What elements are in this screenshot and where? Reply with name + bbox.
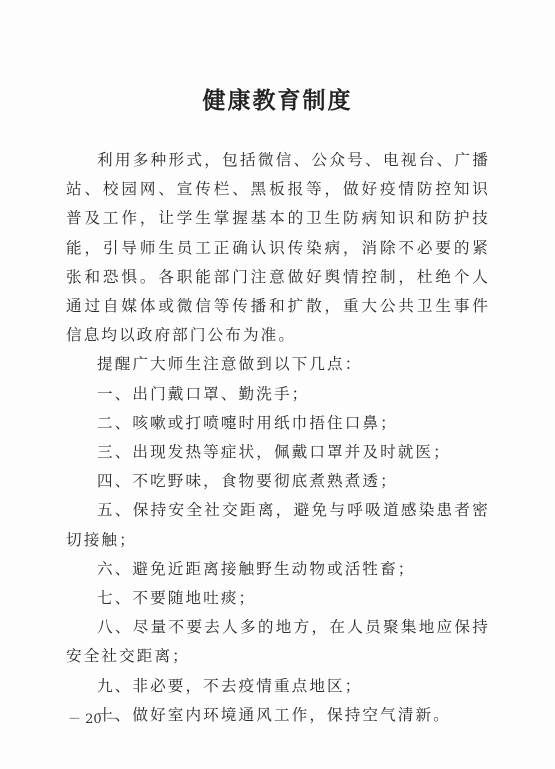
list-item: 二、咳嗽或打喷嚏时用纸巾捂住口鼻；	[66, 409, 490, 438]
page-number: － 20 －	[68, 708, 119, 727]
list-item: 一、出门戴口罩、勤洗手；	[66, 380, 490, 409]
list-item: 五、保持安全社交距离，避免与呼吸道感染患者密切接触；	[66, 496, 490, 554]
list-item: 七、不要随地吐痰；	[66, 584, 490, 613]
list-item: 十、做好室内环境通风工作，保持空气清新。	[66, 701, 490, 730]
list-item: 八、尽量不要去人多的地方，在人员聚集地应保持安全社交距离；	[66, 613, 490, 671]
list-item: 九、非必要，不去疫情重点地区；	[66, 672, 490, 701]
document-body: 利用多种形式，包括微信、公众号、电视台、广播站、校园网、宣传栏、黑板报等，做好疫…	[66, 146, 490, 730]
document-page: 健康教育制度 利用多种形式，包括微信、公众号、电视台、广播站、校园网、宣传栏、黑…	[0, 0, 555, 769]
reminder-heading: 提醒广大师生注意做到以下几点：	[66, 350, 490, 379]
list-item: 三、出现发热等症状，佩戴口罩并及时就医；	[66, 438, 490, 467]
intro-paragraph: 利用多种形式，包括微信、公众号、电视台、广播站、校园网、宣传栏、黑板报等，做好疫…	[66, 146, 490, 350]
list-item: 四、不吃野味，食物要彻底煮熟煮透；	[66, 467, 490, 496]
document-title: 健康教育制度	[0, 82, 555, 115]
list-item: 六、避免近距离接触野生动物或活牲畜；	[66, 555, 490, 584]
